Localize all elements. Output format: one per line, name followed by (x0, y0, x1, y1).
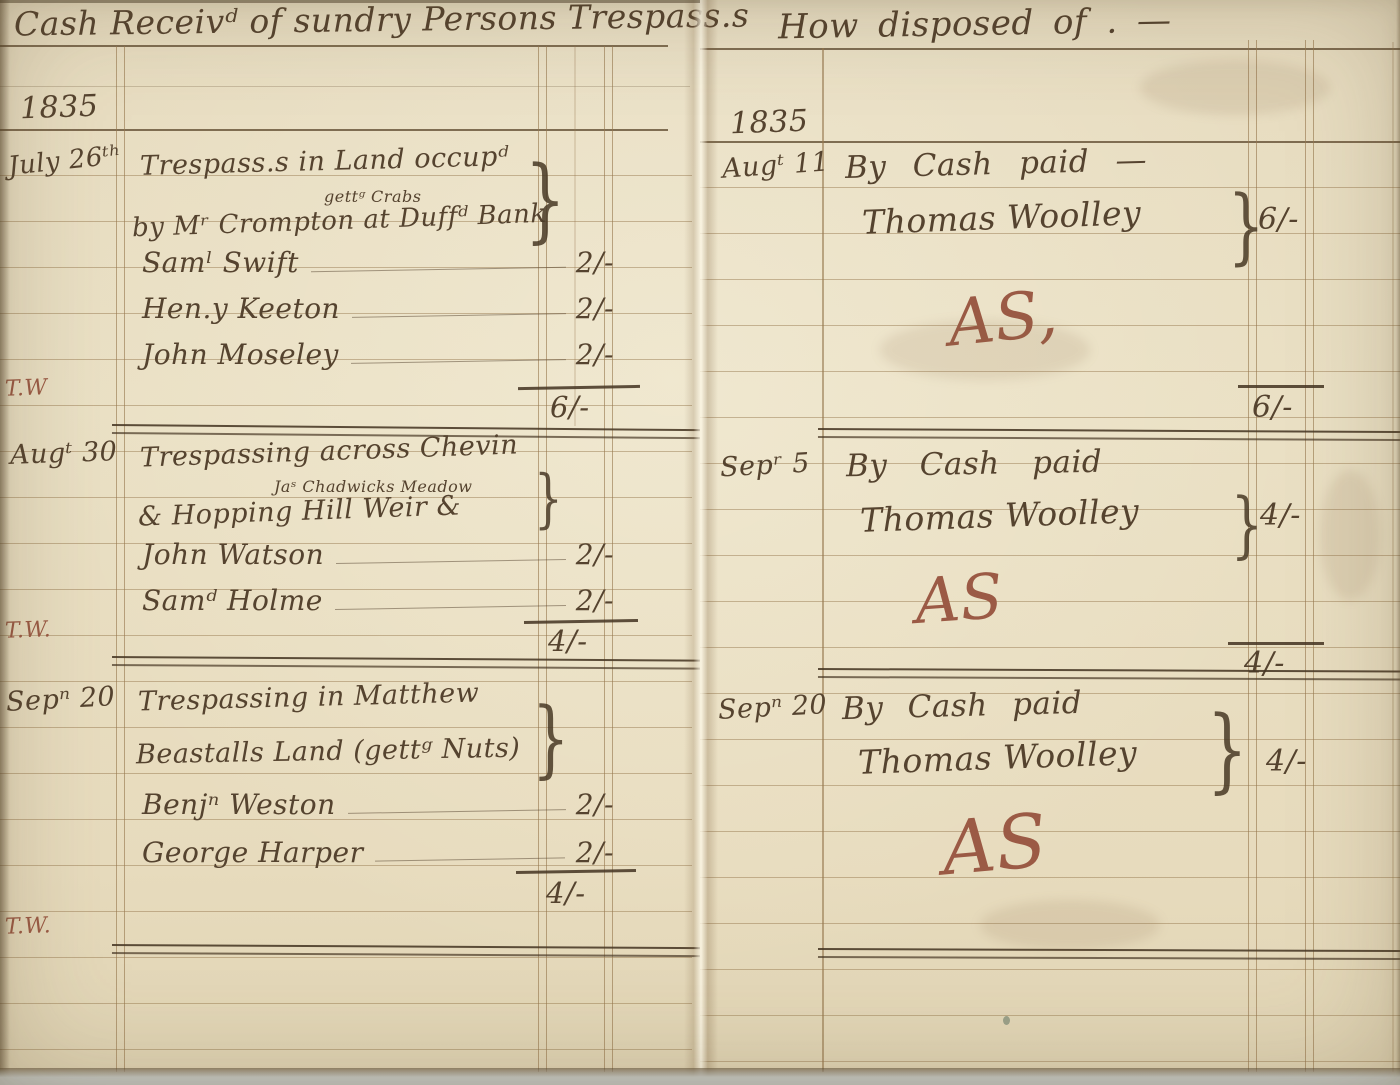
entry-total: 6/- (1252, 390, 1293, 425)
margin-initials: T.W (5, 375, 48, 401)
left-year-rule (0, 129, 668, 131)
trespasser-amount: 2/- (576, 788, 614, 821)
right-header-rule (700, 48, 1400, 50)
ledger-scan: Cash Receivᵈ of sundry Persons Trespass.… (0, 0, 1400, 1085)
trespasser-row: Samᵈ Holme 2/- (142, 584, 614, 617)
dash-rule (336, 559, 566, 564)
trespasser-name: John Watson (142, 538, 324, 571)
top-page-edge (0, 0, 700, 3)
entry-date: Sepʳ 5 (719, 448, 810, 484)
entry-date: Sepⁿ 20 (717, 689, 828, 726)
left-page-title: Cash Receivᵈ of sundry Persons Trespass.… (14, 0, 750, 43)
trespasser-amount: 2/- (576, 836, 614, 869)
trespasser-name: Benjⁿ Weston (142, 788, 336, 821)
trespasser-name: George Harper (142, 836, 363, 869)
right-money-column-rule-b (1305, 40, 1314, 1072)
trespasser-name: John Moseley (142, 338, 339, 371)
entry-brace: } (525, 150, 566, 250)
trespasser-amount: 2/- (576, 292, 614, 325)
paper-stain (1003, 1016, 1010, 1025)
ink-showthrough (1140, 60, 1330, 115)
trespasser-row: Samˡ Swift 2/- (142, 246, 614, 279)
total-rule (1228, 642, 1324, 645)
dash-rule (311, 267, 566, 272)
entry-total: 4/- (546, 876, 586, 910)
section-divider (818, 948, 1400, 960)
entry-brace: } (1231, 484, 1263, 564)
payment-line: By Cash paid (846, 444, 1103, 484)
trespasser-name: Samᵈ Holme (142, 584, 323, 617)
dash-rule (351, 359, 566, 364)
dash-rule (335, 605, 566, 610)
entry-total: 6/- (550, 390, 590, 424)
entry-brace: } (534, 464, 563, 534)
margin-initials: T.W. (5, 913, 52, 940)
ink-showthrough (1320, 470, 1380, 600)
dash-rule (348, 809, 566, 814)
trespasser-amount: 2/- (576, 246, 614, 279)
entry-total: 4/- (548, 624, 588, 658)
dash-rule (375, 857, 565, 861)
right-date-column-rule (822, 48, 824, 1072)
trespasser-amount: 2/- (576, 338, 614, 371)
page-fold-gutter (684, 0, 718, 1085)
trespasser-row: Hen.y Keeton 2/- (142, 292, 614, 325)
entry-amount: 6/- (1258, 202, 1299, 237)
payment-line: By Cash paid (842, 685, 1083, 727)
right-page-edge-rule (1392, 42, 1394, 1072)
right-year: 1835 (729, 104, 809, 142)
ink-showthrough (880, 320, 1090, 380)
signature: AS (938, 798, 1050, 893)
entry-brace: } (1207, 700, 1248, 800)
trespasser-amount: 2/- (576, 538, 614, 571)
left-page-edge (0, 0, 10, 1085)
right-year-rule (700, 141, 1400, 143)
entry-date: Augᵗ 30 (9, 436, 117, 471)
entry-brace: } (532, 692, 569, 784)
trespasser-name: Hen.y Keeton (142, 292, 340, 325)
trespasser-row: George Harper 2/- (142, 836, 614, 869)
trespasser-name: Samˡ Swift (142, 246, 299, 279)
entry-date: Sepⁿ 20 (5, 681, 116, 718)
trespasser-row: John Watson 2/- (142, 538, 614, 571)
signature: AS (913, 559, 1006, 638)
right-page-edge (1396, 0, 1400, 1085)
trespasser-amount: 2/- (576, 584, 614, 617)
trespasser-row: Benjⁿ Weston 2/- (142, 788, 614, 821)
bottom-page-edge (0, 1068, 1400, 1085)
left-header-rule (0, 45, 668, 47)
margin-initials: T.W. (5, 617, 52, 644)
trespasser-row: John Moseley 2/- (142, 338, 614, 371)
dash-rule (352, 313, 566, 318)
left-date-column-rule (116, 46, 125, 1072)
left-year: 1835 (19, 89, 99, 127)
entry-amount: 4/- (1260, 498, 1301, 533)
right-page-title: How disposed of . — (778, 1, 1172, 48)
left-faint-rule (0, 86, 690, 87)
ink-showthrough (980, 900, 1160, 950)
entry-amount: 4/- (1266, 744, 1307, 779)
total-rule (1238, 385, 1324, 388)
